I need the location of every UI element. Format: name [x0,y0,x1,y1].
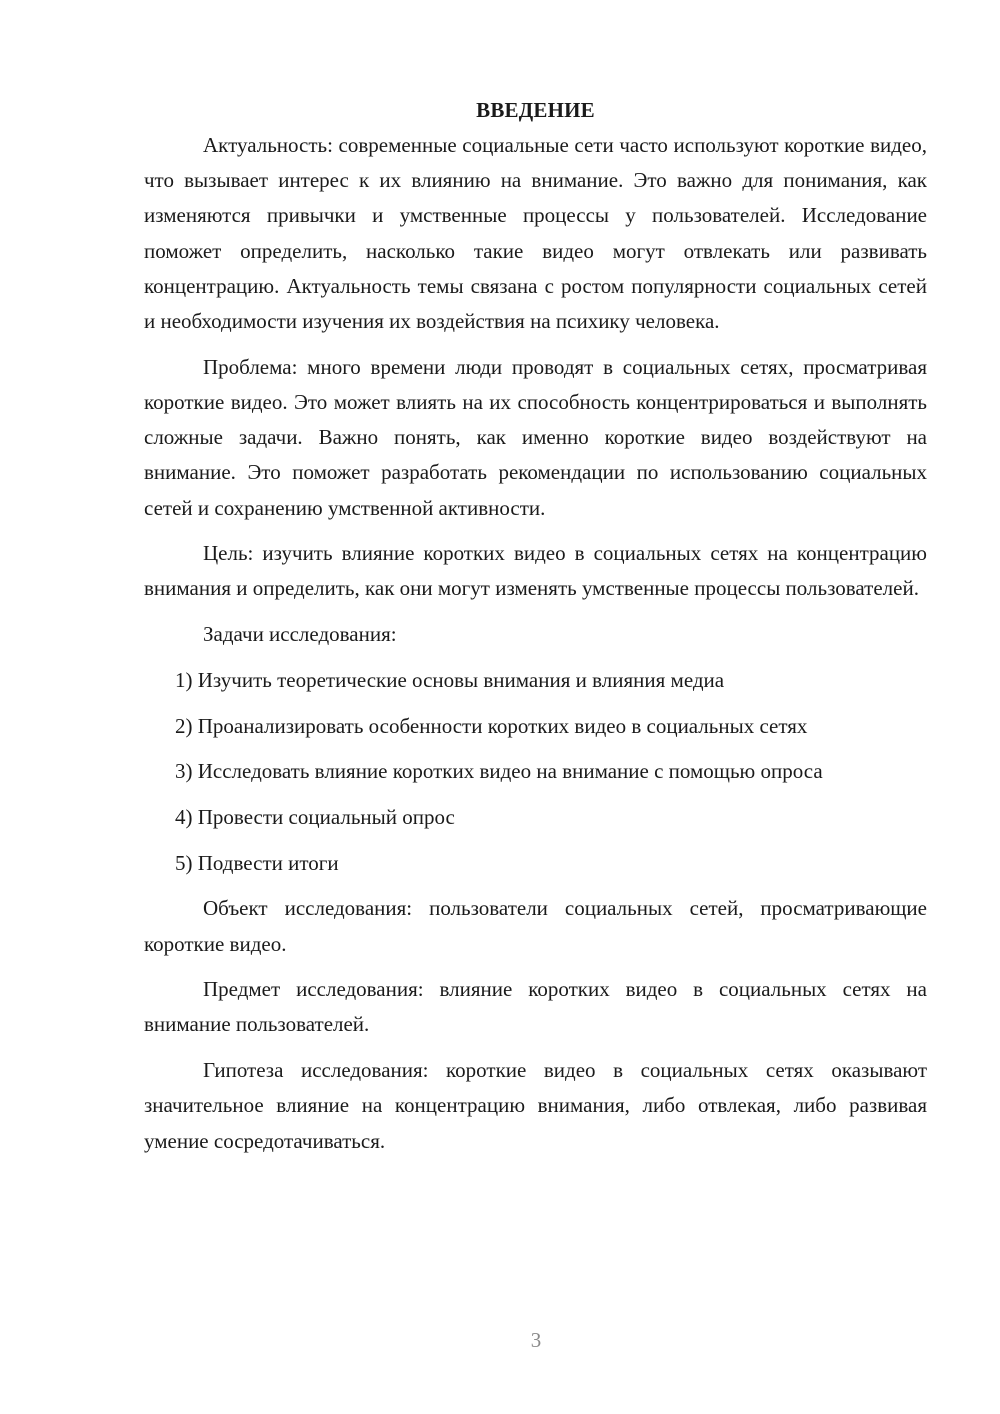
paragraph-hypothesis: Гипотеза исследования: короткие видео в … [144,1053,927,1159]
page-content: ВВЕДЕНИЕ Актуальность: современные социа… [144,93,927,1169]
paragraph-problem: Проблема: много времени люди проводят в … [144,350,927,526]
tasks-list: 1) Изучить теоретические основы внимания… [144,663,927,881]
paragraph-subject: Предмет исследования: влияние коротких в… [144,972,927,1042]
paragraph-goal: Цель: изучить влияние коротких видео в с… [144,536,927,606]
page-number: 3 [0,1325,1000,1355]
section-title: ВВЕДЕНИЕ [144,93,927,128]
task-item: 2) Проанализировать особенности коротких… [144,709,927,744]
task-item: 4) Провести социальный опрос [144,800,927,835]
task-item: 1) Изучить теоретические основы внимания… [144,663,927,698]
task-item: 3) Исследовать влияние коротких видео на… [144,754,927,789]
document-page: ВВЕДЕНИЕ Актуальность: современные социа… [0,0,1000,1414]
task-item: 5) Подвести итоги [144,846,927,881]
paragraph-relevance: Актуальность: современные социальные сет… [144,128,927,339]
paragraph-object: Объект исследования: пользователи социал… [144,891,927,961]
tasks-heading: Задачи исследования: [144,617,927,652]
